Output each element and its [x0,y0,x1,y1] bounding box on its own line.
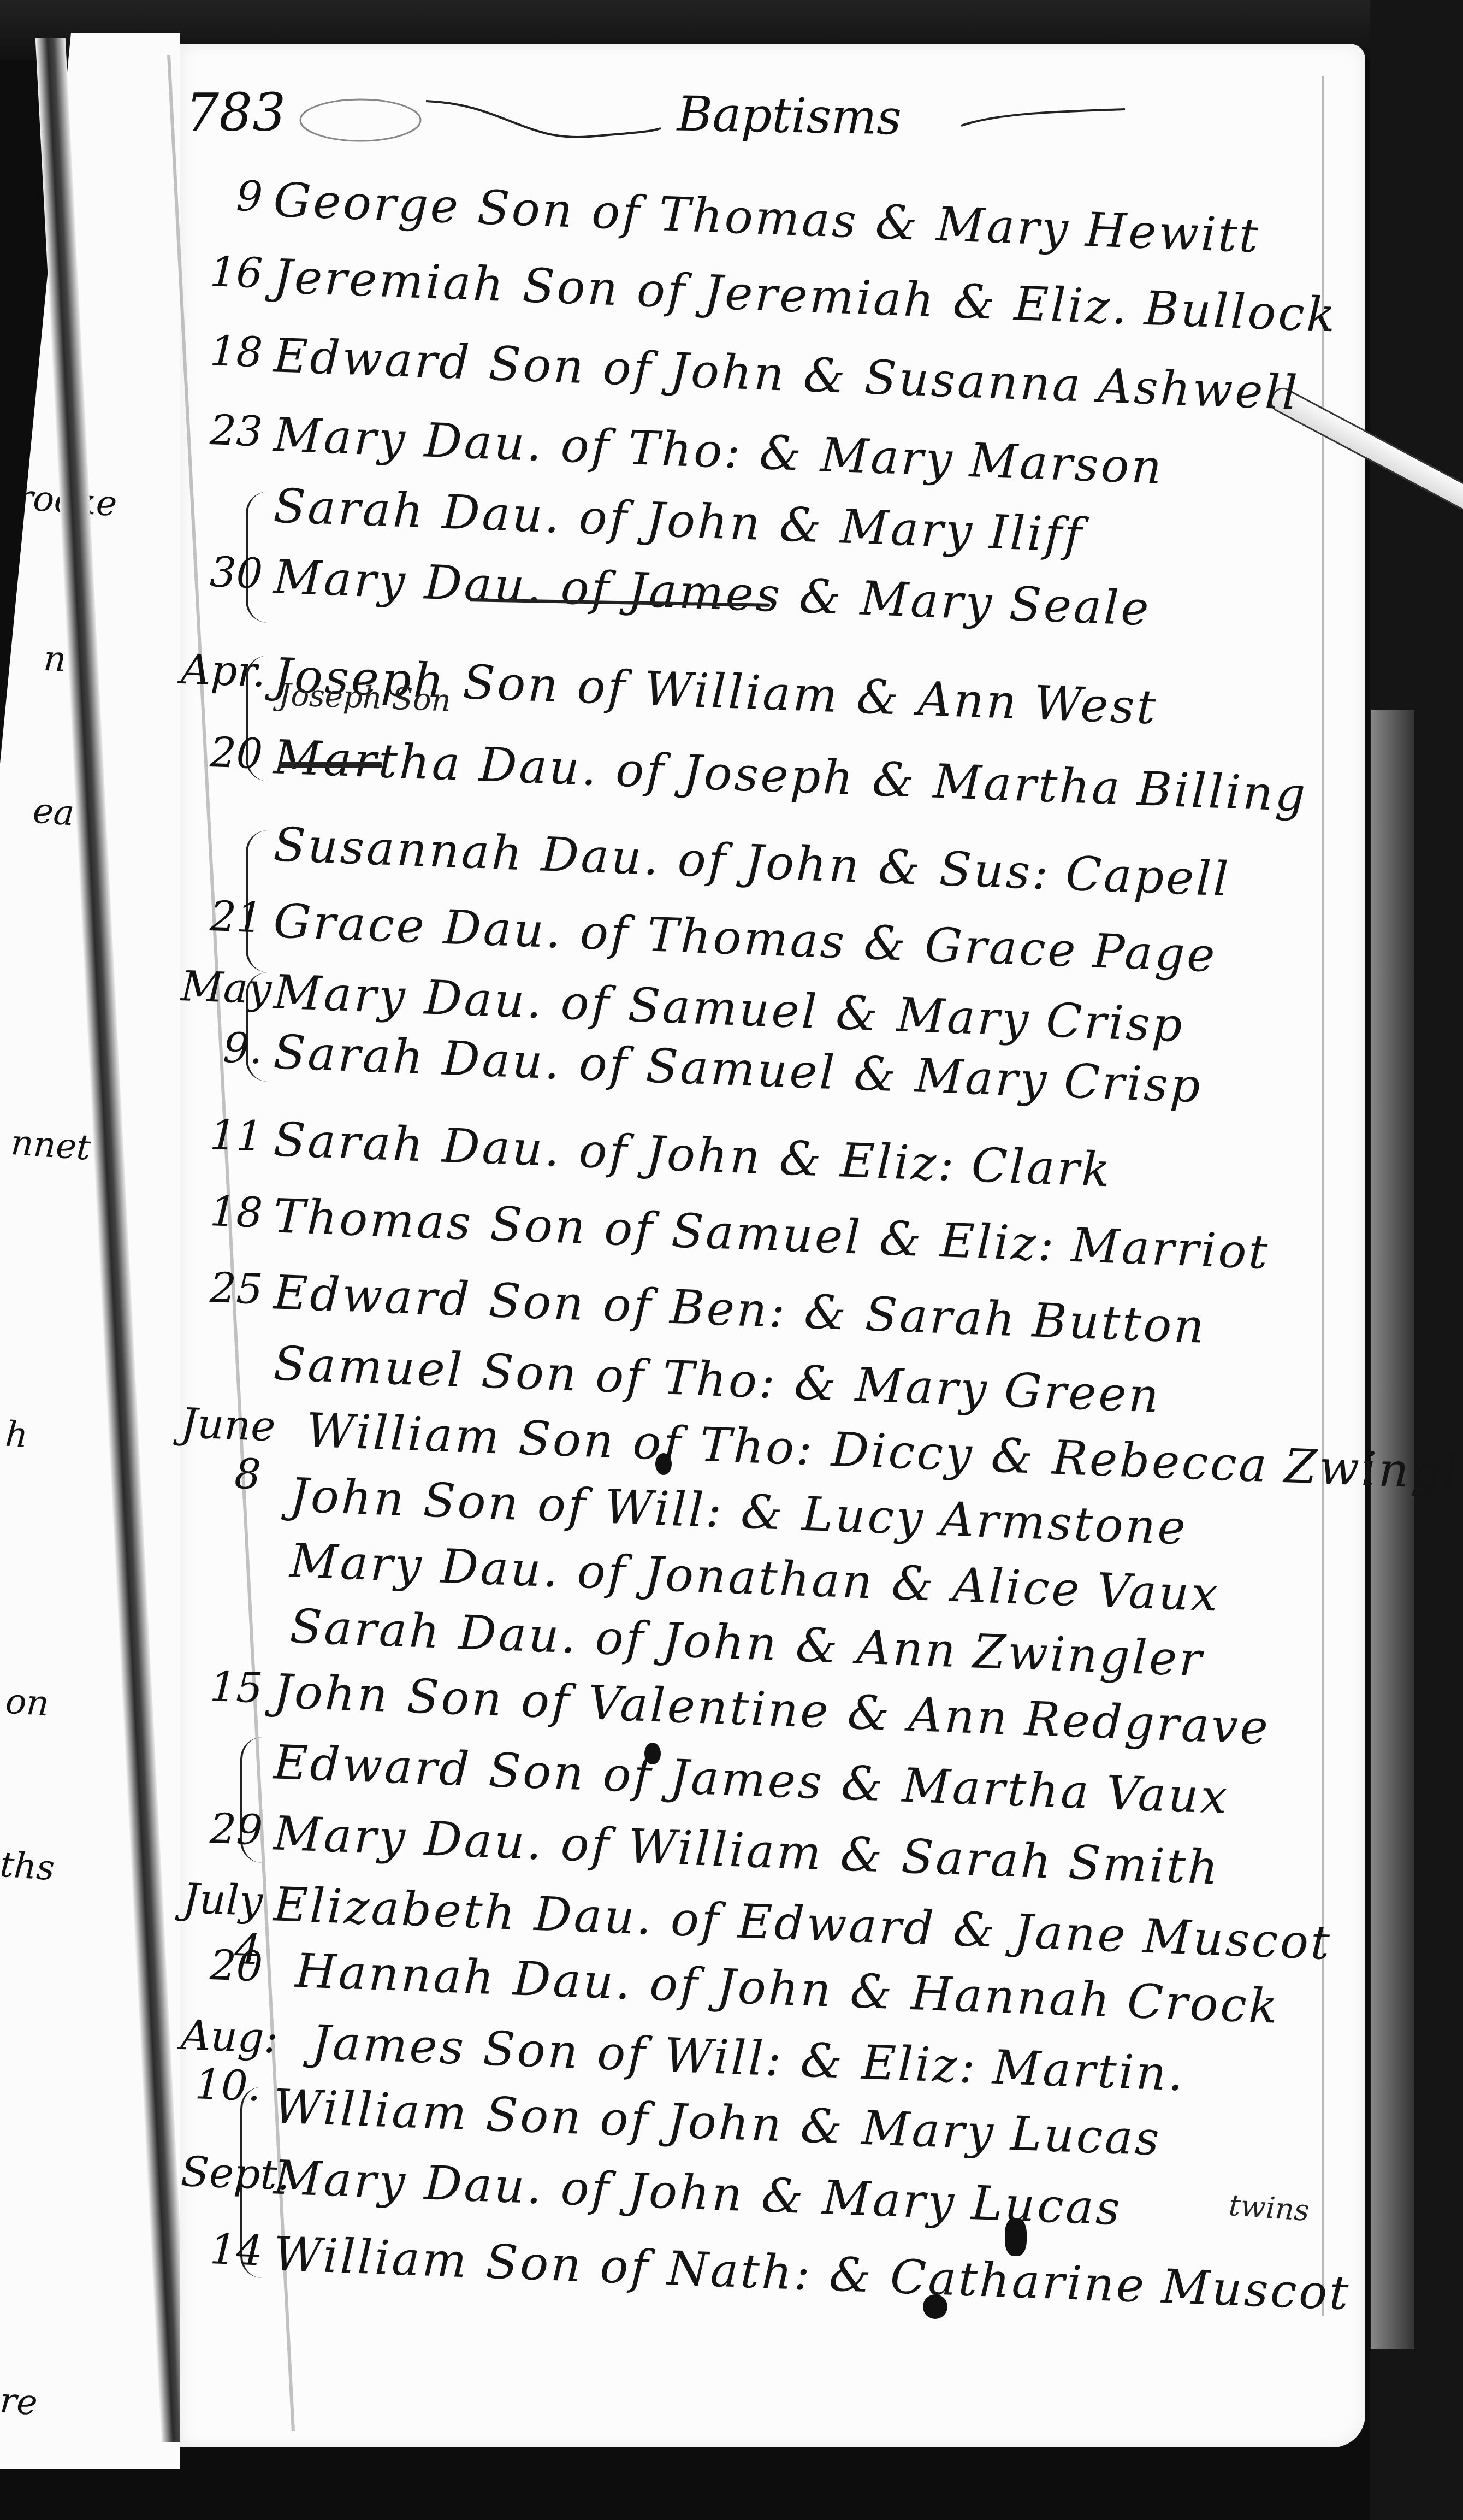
entry-surname: Billing [1136,762,1308,822]
entry-surname: Zwingler [972,1624,1205,1687]
entry-date: 14 [180,2223,263,2275]
entry-date: Sept. [180,2147,263,2198]
entry-surname: Clark [970,1138,1113,1197]
interlinear-correction: Joseph Son [278,677,452,719]
flourish-decoration [961,98,1125,131]
ink-blot [655,1453,672,1475]
entry-surname: Smith [1067,1836,1221,1896]
entry-surname: Muscot [1160,2259,1352,2321]
entry-date: 11 [180,1109,263,1160]
ink-blot [644,1743,661,1764]
year-heading: 783 [186,82,286,143]
entry-surname: Marriot [1070,1218,1271,1280]
entry-surname: Capell [1064,846,1231,907]
entry-surname: Green [1003,1363,1162,1423]
entry-date: 20 [180,727,263,778]
entry-surname: Martin. [992,2040,1187,2102]
entry-date: 30 [180,546,263,598]
entry-date: 18 [180,325,263,376]
twins-annotation: twins [1228,2188,1311,2228]
fragment-text: ths [0,1845,56,1889]
fragment-text: nnet [10,1123,92,1168]
register-title: Baptisms [677,85,902,145]
entry-surname: Crisp [1045,993,1185,1053]
entry-surname: Ashwell [1097,359,1301,421]
entry-surname: Crisp [1063,1054,1203,1113]
page-header: 783 Baptisms [186,82,1332,158]
entry-surname: Redgrave [1023,1692,1271,1755]
entry-surname: Vaux [1095,1563,1221,1622]
entry-surname: Zwingler [1283,1439,1463,1502]
entry-date: 21 [180,890,263,942]
entry-surname: Page [1092,924,1218,983]
ink-blot [1005,2218,1027,2256]
book-cover-edge [1371,710,1414,2349]
entry-surname: Marson [968,433,1164,495]
entry-surname: Crock [1126,1974,1280,2034]
entry-surname: Iliff [988,505,1085,563]
entry-date: 29 [180,1803,263,1854]
fragment-text: re [0,2381,39,2424]
entry-surname: Lucas [1010,2106,1163,2167]
entry-surname: Muscot [1142,1909,1333,1971]
entry-date: 9 [180,169,263,221]
fragment-text: n [42,639,67,681]
fragment-text: ea [32,790,76,834]
entry-date: 16 [180,246,263,297]
entry-surname: Hewitt [1085,203,1261,264]
entry-date: 15 [180,1661,263,1712]
entry-surname: Armstone [939,1492,1189,1556]
entry-surname: Bullock [1143,281,1338,343]
entry-surname: West [1033,676,1158,735]
flourish-decoration [295,98,661,147]
entry-date: 20 [180,1939,263,1991]
entry-surname: Seale [1008,577,1152,636]
entry-surname: Button [1031,1293,1207,1354]
entry-surname: Lucas [970,2176,1123,2236]
entry-date: 23 [180,404,263,456]
ink-blot [923,2294,947,2319]
entry-date: 25 [180,1262,263,1313]
entry-date: 18 [180,1185,263,1237]
strike-through-mark [279,762,382,768]
entry-date: 9. [180,1022,263,1073]
fragment-text: h [4,1414,29,1456]
entry-surname: Vaux [1105,1766,1230,1825]
fragment-text: on [4,1681,51,1724]
